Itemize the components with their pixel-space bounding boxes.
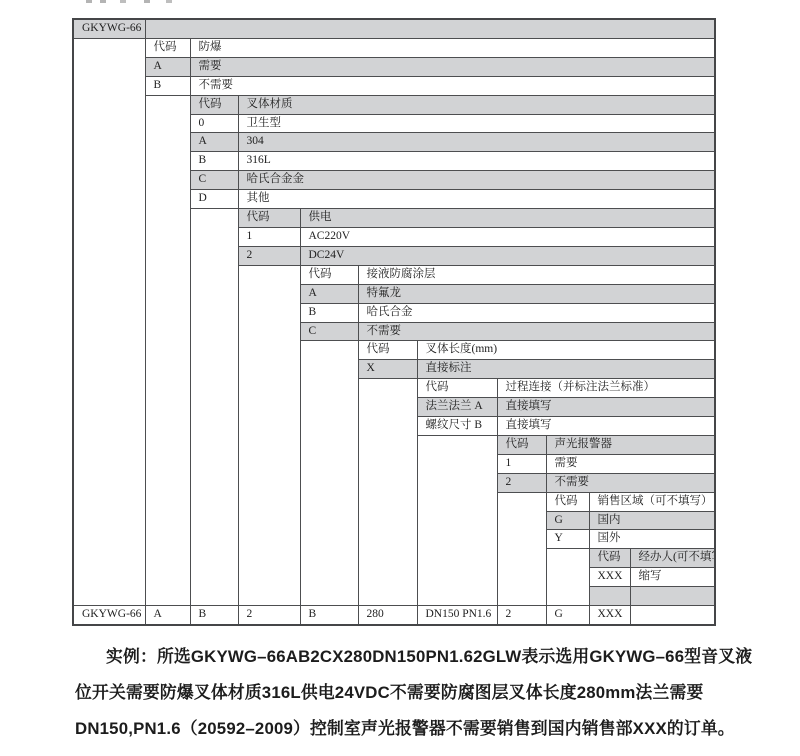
summary-cell [630,606,715,625]
option-code-cell: A [145,57,190,76]
option-label-cell: 哈氏合金金 [238,171,715,190]
level-title-cell: 供电 [300,209,715,228]
stair-empty-cell [145,95,190,605]
table-row: A 需要 [73,57,715,76]
option-label-cell: 特氟龙 [358,284,715,303]
option-code-cell: Y [546,530,589,549]
option-code-cell: B [145,76,190,95]
code-header-cell: 代码 [300,265,358,284]
option-code-cell: XXX [589,568,630,587]
code-header-cell: 代码 [145,38,190,57]
stair-empty-cell [546,549,589,606]
stair-empty-cell [73,38,145,605]
option-code-cell: B [300,303,358,322]
option-code-cell: 1 [497,454,546,473]
option-label-cell: AC220V [300,227,715,246]
option-label-cell: 直接标注 [417,360,715,379]
stair-empty-cell [190,209,238,606]
empty-label-cell [630,587,715,606]
option-code-cell: C [190,171,238,190]
level-title-cell: 叉体长度(mm) [417,341,715,360]
level-title-cell: 叉体材质 [238,95,715,114]
option-label-cell: 304 [238,133,715,152]
option-label-cell: 不需要 [358,322,715,341]
code-header-cell: 代码 [417,379,497,398]
spacer-cell [145,19,715,38]
option-code-cell: 螺纹尺寸 B [417,417,497,436]
stair-empty-cell [238,265,300,605]
option-label-cell: 缩写 [630,568,715,587]
level-title-cell: 接液防腐涂层 [358,265,715,284]
option-code-cell: 0 [190,114,238,133]
summary-cell: G [546,606,589,625]
model-cell: GKYWG-66 [73,19,145,38]
level-title-cell: 声光报警器 [546,435,715,454]
summary-cell: B [190,606,238,625]
option-label-cell: 国内 [589,511,715,530]
code-header-cell: 代码 [546,492,589,511]
code-header-cell: 代码 [358,341,417,360]
option-code-cell: A [300,284,358,303]
option-label-cell: 不需要 [190,76,715,95]
option-label-cell: 国外 [589,530,715,549]
stair-empty-cell [300,341,358,606]
level-title-cell: 防爆 [190,38,715,57]
option-code-cell: 法兰法兰 A [417,398,497,417]
stair-empty-cell [358,379,417,606]
summary-cell: A [145,606,190,625]
stair-empty-cell [497,492,546,605]
table-row: 代码 防爆 [73,38,715,57]
option-code-cell: 2 [238,246,300,265]
option-label-cell: 需要 [546,454,715,473]
summary-row: GKYWG-66 A B 2 B 280 DN150 PN1.6 2 G XXX [73,606,715,625]
level-title-cell: 销售区域（可不填写） [589,492,715,511]
level-title-cell: 经办人(可不填写) [630,549,715,568]
summary-cell: 280 [358,606,417,625]
stair-empty-cell [417,435,497,605]
option-code-cell: D [190,190,238,209]
option-label-cell: 直接填写 [497,417,715,436]
table-row: GKYWG-66 [73,19,715,38]
option-label-cell: 直接填写 [497,398,715,417]
summary-cell: DN150 PN1.6 [417,606,497,625]
summary-cell: 2 [497,606,546,625]
code-header-cell: 代码 [238,209,300,228]
table-row: 代码 叉体材质 [73,95,715,114]
option-code-cell: X [358,360,417,379]
cropped-text-artifact [86,0,196,3]
option-label-cell: 其他 [238,190,715,209]
example-paragraph: 实例：所选GKYWG–66AB2CX280DN150PN1.62GLW表示选用G… [75,639,730,747]
code-header-cell: 代码 [497,435,546,454]
option-label-cell: 316L [238,152,715,171]
option-label-cell: 卫生型 [238,114,715,133]
table-row: B 不需要 [73,76,715,95]
option-code-cell: B [190,152,238,171]
option-code-cell: 1 [238,227,300,246]
model-selection-table: GKYWG-66 代码 防爆 A 需要 B 不需要 代码 叉体材质 0 卫生型 … [72,18,716,626]
option-code-cell: 2 [497,473,546,492]
option-label-cell: 不需要 [546,473,715,492]
summary-cell: GKYWG-66 [73,606,145,625]
code-header-cell: 代码 [589,549,630,568]
option-code-cell: A [190,133,238,152]
example-line: 位开关需要防爆叉体材质316L供电24VDC不需要防腐图层叉体长度280mm法兰… [75,675,730,711]
option-code-cell: C [300,322,358,341]
option-label-cell: 哈氏合金 [358,303,715,322]
level-title-cell: 过程连接（并标注法兰标准） [497,379,715,398]
option-code-cell: G [546,511,589,530]
empty-code-cell [589,587,630,606]
option-label-cell: 需要 [190,57,715,76]
example-line: DN150,PN1.6（20592–2009）控制室声光报警器不需要销售到国内销… [75,711,730,747]
example-line: 实例：所选GKYWG–66AB2CX280DN150PN1.62GLW表示选用G… [75,639,730,675]
summary-cell: 2 [238,606,300,625]
summary-cell: B [300,606,358,625]
summary-cell: XXX [589,606,630,625]
option-label-cell: DC24V [300,246,715,265]
code-header-cell: 代码 [190,95,238,114]
